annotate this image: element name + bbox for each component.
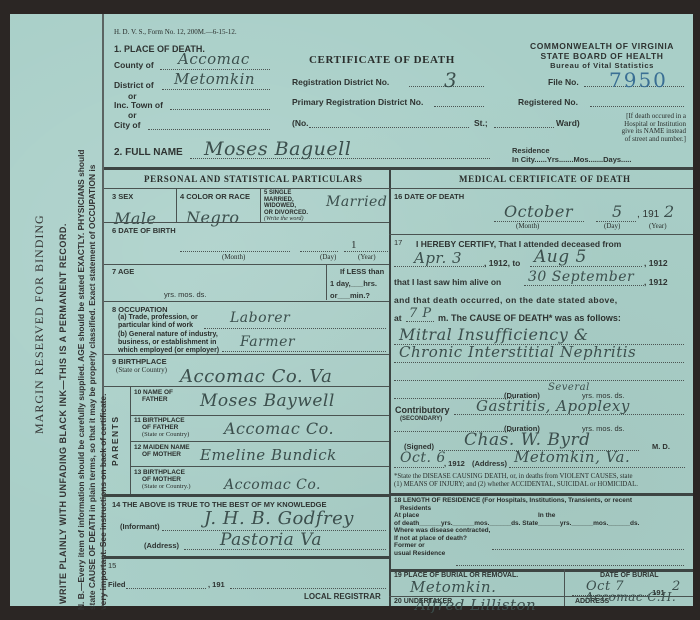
filed-label: Filed — [108, 580, 126, 589]
marital-label: 5 SINGLE MARRIED, WIDOWED, OR DIVORCED. … — [264, 190, 308, 223]
form-number: H. D. V. S., Form No. 12, 200M.—6-15-12. — [114, 28, 237, 36]
district-value[interactable]: Metomkin — [174, 70, 255, 88]
contributory-value[interactable]: Gastritis, Apoplexy — [476, 397, 630, 415]
occupation-industry-value[interactable]: Farmer — [240, 334, 295, 350]
cause-line-2[interactable]: Chronic Interstitial Nephritis — [399, 343, 636, 361]
reg-district-label: Registration District No. — [292, 77, 389, 87]
birthplace-value[interactable]: Accomac Co. Va — [180, 366, 332, 387]
undertaker-address-value[interactable]: Accomac C.H. — [585, 590, 676, 604]
medical-heading: MEDICAL CERTIFICATE OF DEATH — [459, 174, 631, 184]
ink-instruction: WRITE PLAINLY WITH UNFADING BLACK INK—TH… — [58, 223, 68, 604]
margin-title: MARGIN RESERVED FOR BINDING — [32, 214, 47, 434]
less-than-day: If LESS than 1 day,___hrs. or___min.? — [330, 266, 384, 302]
city-label: City of — [114, 120, 140, 130]
death-certificate: MARGIN RESERVED FOR BINDING WRITE PLAINL… — [10, 14, 693, 606]
full-name-value[interactable]: Moses Baguell — [204, 138, 351, 160]
city-field[interactable] — [148, 129, 270, 130]
dob-day-field[interactable] — [300, 251, 338, 252]
undertaker-value[interactable]: Alfred Lilliston — [415, 596, 536, 614]
father-birthplace-value[interactable]: Accomac Co. — [224, 419, 334, 438]
cause-footnote: *State the DISEASE CAUSING DEATH, or, in… — [394, 473, 638, 489]
dob-month-field[interactable] — [180, 251, 290, 252]
certificate-title: CERTIFICATE OF DEATH — [309, 54, 455, 66]
registrar-field[interactable] — [230, 588, 386, 589]
last-seen-value[interactable]: 30 September — [528, 269, 634, 285]
hospital-note: [If death occured in a Hospital or Insti… — [588, 113, 686, 143]
full-name-label: 2. FULL NAME — [114, 147, 183, 158]
primary-district-field[interactable] — [434, 106, 484, 107]
personal-heading: PERSONAL AND STATISTICAL PARTICULARS — [144, 174, 363, 184]
street-field[interactable] — [309, 127, 469, 128]
race-value[interactable]: Negro — [186, 208, 240, 227]
occupation-trade-value[interactable]: Laborer — [230, 310, 290, 326]
attended-to-value[interactable]: Aug 5 — [534, 247, 587, 267]
district-label: District of — [114, 80, 154, 90]
informant-label: (Informant) — [120, 522, 160, 531]
time-of-death-value[interactable]: 7 P — [409, 306, 432, 321]
county-value[interactable]: Accomac — [178, 50, 250, 68]
dob-year-value[interactable]: 1 — [351, 239, 357, 251]
registered-no-label: Registered No. — [518, 97, 578, 107]
certificate-form: H. D. V. S., Form No. 12, 200M.—6-15-12.… — [104, 14, 693, 606]
residence-city-label: Residence In City......Yrs.......Mos....… — [512, 146, 631, 164]
date-of-death-label: 16 DATE OF DEATH — [394, 192, 464, 201]
cause-line-1[interactable]: Mitral Insufficiency & — [399, 325, 589, 344]
death-month-value[interactable]: October — [504, 202, 573, 221]
mother-name-value[interactable]: Emeline Bundick — [200, 446, 337, 464]
dob-label: 6 DATE OF BIRTH — [112, 226, 176, 235]
binding-margin: MARGIN RESERVED FOR BINDING WRITE PLAINL… — [10, 14, 104, 606]
signed-date-value[interactable]: Oct. 6 — [400, 450, 446, 466]
burial-place-value[interactable]: Metomkin. — [410, 578, 496, 596]
mother-birthplace-value[interactable]: Accomac Co. — [224, 477, 321, 493]
occupation-label: 8 OCCUPATION — [112, 305, 168, 314]
contributory-label: Contributory — [395, 405, 450, 415]
street-no-label: (No. — [292, 118, 309, 128]
registered-no-field[interactable] — [590, 106, 684, 107]
residence-section: 18 LENGTH OF RESIDENCE (For Hospitals, I… — [394, 497, 639, 557]
father-name-value[interactable]: Moses Baywell — [200, 391, 335, 411]
town-label: Inc. Town of — [114, 100, 163, 110]
town-field[interactable] — [170, 109, 270, 110]
burial-date-label: DATE OF BURIAL — [600, 572, 659, 579]
physician-address-value[interactable]: Metomkin, Va. — [514, 448, 630, 466]
former-residence-field[interactable] — [456, 565, 684, 566]
parents-label: PARENTS — [110, 416, 120, 467]
age-fields[interactable]: yrs. mos. ds. — [164, 290, 207, 299]
sex-label: 3 SEX — [112, 192, 133, 201]
informant-value[interactable]: J. H. B. Godfrey — [204, 508, 354, 529]
agency-block: COMMONWEALTH OF VIRGINIA STATE BOARD OF … — [512, 41, 692, 70]
informant-address-label: (Address) — [144, 541, 179, 550]
death-year-value[interactable]: 2 — [664, 202, 675, 221]
age-label: 7 AGE — [112, 267, 134, 276]
file-no-label: File No. — [548, 77, 579, 87]
race-label: 4 COLOR OR RACE — [180, 192, 250, 201]
reg-district-value[interactable]: 3 — [444, 68, 457, 92]
filed-date-field[interactable] — [126, 588, 206, 589]
death-day-value[interactable]: 5 — [612, 202, 623, 221]
contracted-field[interactable] — [492, 549, 684, 550]
marital-value[interactable]: Married — [326, 194, 387, 210]
birthplace-label: 9 BIRTHPLACE — [112, 357, 167, 366]
certify-text: I HEREBY CERTIFY, That I attended deceas… — [416, 239, 621, 249]
county-label: County of — [114, 60, 154, 70]
attended-from-value[interactable]: Apr. 3 — [414, 249, 462, 267]
local-registrar-label: LOCAL REGISTRAR — [304, 592, 381, 601]
physician-signature[interactable]: Chas. W. Byrd — [464, 430, 591, 450]
informant-address-value[interactable]: Pastoria Va — [220, 530, 322, 550]
primary-district-label: Primary Registration District No. — [292, 97, 423, 107]
file-number-stamp: 7950 — [609, 68, 668, 92]
